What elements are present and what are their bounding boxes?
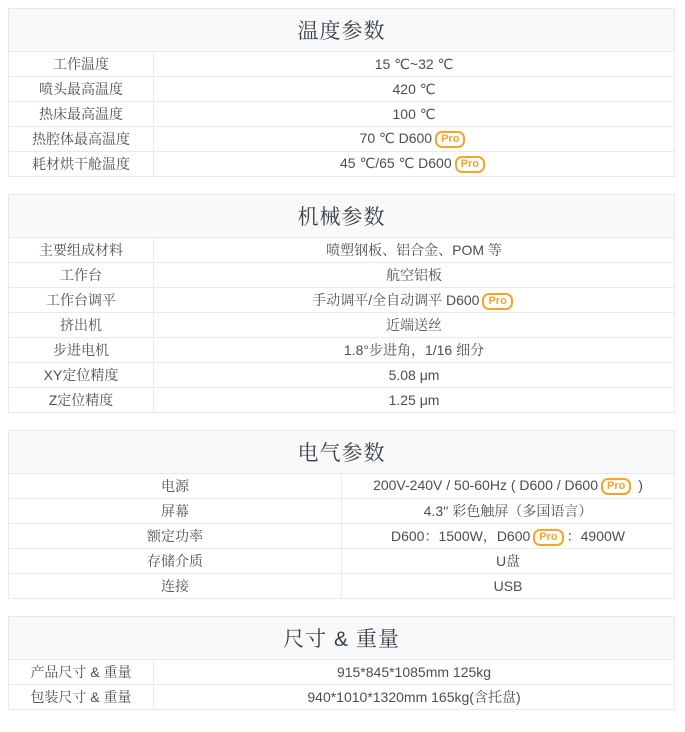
pro-badge: Pro	[482, 293, 512, 310]
spec-row: 产品尺寸 & 重量915*845*1085mm 125kg	[9, 660, 675, 685]
spec-label: 挤出机	[9, 313, 154, 338]
spec-value: 喷塑钢板、铝合金、POM 等	[154, 238, 675, 263]
spec-table: 温度参数工作温度15 ℃~32 ℃喷头最高温度420 ℃热床最高温度100 ℃热…	[8, 8, 675, 177]
spec-row: 挤出机近端送丝	[9, 313, 675, 338]
spec-value: 5.08 μm	[154, 363, 675, 388]
spec-value: 近端送丝	[154, 313, 675, 338]
spec-row: 喷头最高温度420 ℃	[9, 77, 675, 102]
spec-value-text: 15 ℃~32 ℃	[375, 56, 454, 72]
pro-badge: Pro	[435, 131, 465, 148]
section-header-row: 电气参数	[9, 431, 675, 474]
spec-value-text: 70 ℃ D600	[360, 130, 433, 146]
spec-value: 100 ℃	[154, 102, 675, 127]
spec-value: 200V-240V / 50-60Hz ( D600 / D600Pro )	[342, 474, 675, 499]
spec-row: 热腔体最高温度70 ℃ D600Pro	[9, 127, 675, 152]
spec-label: 耗材烘干舱温度	[9, 152, 154, 177]
spec-row: 工作台调平手动调平/全自动调平 D600Pro	[9, 288, 675, 313]
spec-label: 包装尺寸 & 重量	[9, 685, 154, 710]
spec-row: 主要组成材料喷塑钢板、铝合金、POM 等	[9, 238, 675, 263]
spec-value-suffix: ：4900W	[567, 528, 625, 544]
spec-value-text: 420 ℃	[393, 81, 436, 97]
spec-value: 45 ℃/65 ℃ D600Pro	[154, 152, 675, 177]
spec-value-text: 手动调平/全自动调平 D600	[312, 292, 479, 308]
spec-value: USB	[342, 574, 675, 599]
spec-value: D600：1500W，D600Pro：4900W	[342, 524, 675, 549]
spec-label: 工作台	[9, 263, 154, 288]
spec-row: 存储介质U盘	[9, 549, 675, 574]
spec-value-text: D600：1500W，D600	[391, 528, 530, 544]
spec-row: XY定位精度5.08 μm	[9, 363, 675, 388]
spec-value-text: 940*1010*1320mm 165kg(含托盘)	[307, 689, 520, 705]
spec-value-text: USB	[494, 578, 523, 594]
spec-value: 1.8°步进角，1/16 细分	[154, 338, 675, 363]
section-header-row: 机械参数	[9, 195, 675, 238]
pro-badge: Pro	[601, 478, 631, 495]
spec-table: 尺寸 & 重量产品尺寸 & 重量915*845*1085mm 125kg包装尺寸…	[8, 616, 675, 710]
spec-value-suffix: )	[634, 477, 643, 493]
spec-label: 热床最高温度	[9, 102, 154, 127]
spec-row: 步进电机1.8°步进角，1/16 细分	[9, 338, 675, 363]
section-header-row: 尺寸 & 重量	[9, 617, 675, 660]
spec-value: 940*1010*1320mm 165kg(含托盘)	[154, 685, 675, 710]
spec-label: 热腔体最高温度	[9, 127, 154, 152]
spec-table: 电气参数电源200V-240V / 50-60Hz ( D600 / D600P…	[8, 430, 675, 599]
spec-value-text: 5.08 μm	[389, 367, 440, 383]
spec-value: 手动调平/全自动调平 D600Pro	[154, 288, 675, 313]
section-title: 尺寸 & 重量	[9, 617, 675, 660]
spec-value-text: 1.25 μm	[389, 392, 440, 408]
spec-label: 连接	[9, 574, 342, 599]
spec-page: 温度参数工作温度15 ℃~32 ℃喷头最高温度420 ℃热床最高温度100 ℃热…	[0, 0, 685, 732]
spec-value-text: 航空铝板	[386, 267, 442, 283]
spec-label: 喷头最高温度	[9, 77, 154, 102]
spec-label: 步进电机	[9, 338, 154, 363]
spec-value-text: 200V-240V / 50-60Hz ( D600 / D600	[373, 477, 598, 493]
spec-row: Z定位精度1.25 μm	[9, 388, 675, 413]
spec-row: 包装尺寸 & 重量940*1010*1320mm 165kg(含托盘)	[9, 685, 675, 710]
spec-row: 耗材烘干舱温度45 ℃/65 ℃ D600Pro	[9, 152, 675, 177]
spec-value: 420 ℃	[154, 77, 675, 102]
spec-row: 额定功率D600：1500W，D600Pro：4900W	[9, 524, 675, 549]
section-title: 电气参数	[9, 431, 675, 474]
spec-row: 电源200V-240V / 50-60Hz ( D600 / D600Pro )	[9, 474, 675, 499]
spec-value: 航空铝板	[154, 263, 675, 288]
spec-label: XY定位精度	[9, 363, 154, 388]
spec-row: 连接USB	[9, 574, 675, 599]
spec-row: 工作台航空铝板	[9, 263, 675, 288]
spec-value-text: 近端送丝	[386, 317, 442, 333]
spec-label: 屏幕	[9, 499, 342, 524]
section-title: 温度参数	[9, 9, 675, 52]
section-title: 机械参数	[9, 195, 675, 238]
spec-label: 电源	[9, 474, 342, 499]
spec-value-text: 915*845*1085mm 125kg	[337, 664, 491, 680]
spec-label: 主要组成材料	[9, 238, 154, 263]
pro-badge: Pro	[455, 156, 485, 173]
pro-badge: Pro	[533, 529, 563, 546]
spec-value: 915*845*1085mm 125kg	[154, 660, 675, 685]
spec-value-text: 45 ℃/65 ℃ D600	[340, 155, 452, 171]
spec-table: 机械参数主要组成材料喷塑钢板、铝合金、POM 等工作台航空铝板工作台调平手动调平…	[8, 194, 675, 413]
spec-label: 工作温度	[9, 52, 154, 77]
spec-value: 70 ℃ D600Pro	[154, 127, 675, 152]
spec-value-text: 4.3'' 彩色触屏（多国语言）	[424, 503, 593, 519]
spec-row: 工作温度15 ℃~32 ℃	[9, 52, 675, 77]
spec-label: 额定功率	[9, 524, 342, 549]
spec-row: 屏幕4.3'' 彩色触屏（多国语言）	[9, 499, 675, 524]
spec-value: U盘	[342, 549, 675, 574]
spec-value-text: 1.8°步进角，1/16 细分	[344, 342, 484, 358]
spec-value: 15 ℃~32 ℃	[154, 52, 675, 77]
spec-row: 热床最高温度100 ℃	[9, 102, 675, 127]
spec-value: 4.3'' 彩色触屏（多国语言）	[342, 499, 675, 524]
spec-label: 产品尺寸 & 重量	[9, 660, 154, 685]
section-header-row: 温度参数	[9, 9, 675, 52]
spec-value-text: U盘	[496, 553, 520, 569]
spec-label: Z定位精度	[9, 388, 154, 413]
spec-value: 1.25 μm	[154, 388, 675, 413]
spec-label: 工作台调平	[9, 288, 154, 313]
spec-value-text: 100 ℃	[393, 106, 436, 122]
spec-value-text: 喷塑钢板、铝合金、POM 等	[326, 242, 502, 258]
spec-sections: 温度参数工作温度15 ℃~32 ℃喷头最高温度420 ℃热床最高温度100 ℃热…	[8, 8, 676, 710]
spec-label: 存储介质	[9, 549, 342, 574]
